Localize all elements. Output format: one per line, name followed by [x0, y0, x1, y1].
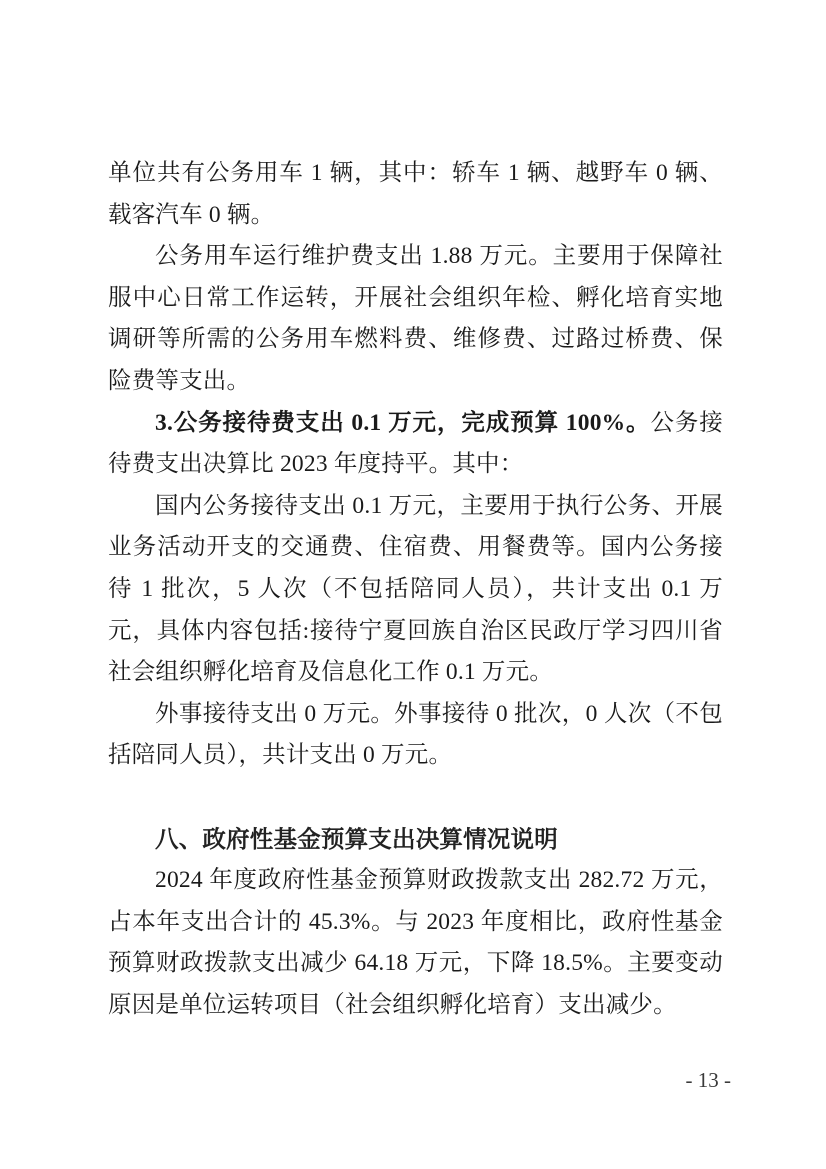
paragraph-gov-fund-budget: 2024 年度政府性基金预算财政拨款支出 282.72 万元，占本年支出合计的 …	[108, 860, 723, 1026]
official-reception-bold-lead: 3.公务接待费支出 0.1 万元，完成预算 100%。	[155, 410, 650, 436]
document-body: 单位共有公务用车 1 辆，其中：轿车 1 辆、越野车 0 辆、载客汽车 0 辆。…	[108, 153, 723, 1026]
page-number: - 13 -	[686, 1068, 732, 1092]
paragraph-foreign-reception: 外事接待支出 0 万元。外事接待 0 批次，0 人次（不包括陪同人员），共计支出…	[108, 694, 723, 777]
document-page: 单位共有公务用车 1 辆，其中：轿车 1 辆、越野车 0 辆、载客汽车 0 辆。…	[0, 0, 826, 1169]
paragraph-domestic-reception: 国内公务接待支出 0.1 万元，主要用于执行公务、开展业务活动开支的交通费、住宿…	[108, 486, 723, 694]
paragraph-vehicle-count: 单位共有公务用车 1 辆，其中：轿车 1 辆、越野车 0 辆、载客汽车 0 辆。	[108, 153, 723, 236]
paragraph-official-reception: 3.公务接待费支出 0.1 万元，完成预算 100%。公务接待费支出决算比 20…	[108, 403, 723, 486]
paragraph-vehicle-maintenance: 公务用车运行维护费支出 1.88 万元。主要用于保障社服中心日常工作运转，开展社…	[108, 236, 723, 402]
section-heading-gov-fund-budget: 八、政府性基金预算支出决算情况说明	[108, 819, 723, 861]
